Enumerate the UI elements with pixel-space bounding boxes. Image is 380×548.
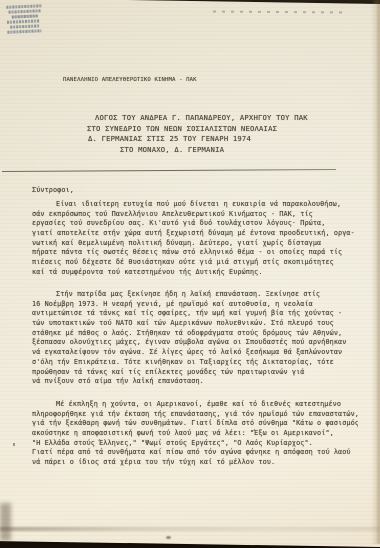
text-line: νά πάρει ο ίδιος στά χέρια του τήν τύχη …	[32, 458, 358, 468]
text-line: νά εγκαταλείψουν τόν αγώνα. Σέ λίγες ώρε…	[32, 348, 358, 358]
text-line: Μέ έκπληξη η χούντα, οι Αμερικανοί, έμαθ…	[32, 400, 358, 410]
ink-speck	[166, 536, 171, 539]
text-line: γιά τήν ξεκάθαρη φωνή τών συνθημάτων. Γι…	[32, 419, 358, 429]
text-line: πιέσεις πού δέχεστε δέ θυσιάστηκαν ούτε …	[32, 258, 358, 268]
body-text: Είναι ιδιαίτερη ευτυχία πού μού δίνεται …	[32, 0, 358, 548]
text-line: νωτική καί θεμελιωμένη πολιτική δύναμη. …	[32, 239, 358, 249]
text-line: ξέσπασαν ολονύχτιες μάχες, έγιναν σύμβολ…	[32, 338, 358, 348]
text-line: σ'όλη τήν Επικράτεια. Τότε κινήθηκαν οι …	[32, 358, 358, 368]
text-line: αντιμετώπισε τά τάνκς καί τίς σφαίρες, τ…	[32, 309, 358, 319]
page-edge-shadow	[371, 0, 380, 544]
ink-speck	[13, 443, 15, 446]
paragraph: Είναι ιδιαίτερη ευτυχία πού μού δίνεται …	[32, 200, 358, 278]
text-line: καί τά συμφέροντα τού κατεστημένου τής Δ…	[32, 268, 358, 278]
corner-smudge	[0, 503, 11, 541]
text-line: Γιατί πέρα από τά συνθήματα καί πίσω από…	[32, 448, 358, 458]
bottom-crease	[0, 527, 380, 531]
paragraph: Στήν πατρίδα μας ξεκίνησε ήδη η λαϊκή επ…	[32, 290, 358, 387]
text-line: ακούστηκε η αποφασιστική φωνή τού λαού μ…	[32, 429, 358, 439]
text-line: Είναι ιδιαίτερη ευτυχία πού μού δίνεται …	[32, 200, 358, 210]
text-line: Στήν πατρίδα μας ξεκίνησε ήδη η λαϊκή επ…	[32, 290, 358, 300]
text-line: νά πνίξουν στό αίμα τήν λαϊκή επανάσταση…	[32, 377, 358, 387]
text-line: τών υποτακτικών τού ΝΑΤΟ καί τών Αμερικά…	[32, 319, 358, 329]
text-line: εργασίες τού συνεδρίου σας. Κι'αυτό γιά …	[32, 219, 358, 229]
text-line: 16 Νοέμβρη 1973. Η νεαρή γενιά, μέ ηρωϊσ…	[32, 300, 358, 310]
text-line: γιατί αποτελείτε στήν χώρα αυτή ξεχωριστ…	[32, 229, 358, 239]
scanned-document-page: ΠΑΝΕΛΛΗΝΙΟ ΑΠΕΛΕΥΘΕΡΩΤΙΚΟ ΚΙΝΗΜΑ - ΠΑΚ Λ…	[0, 0, 380, 548]
text-line: στάθηκε μέ πάθος ο λαός. Στήθηκαν τά οδο…	[32, 329, 358, 339]
text-line: πληροφορήθηκε γιά τήν έκταση τής επανάστ…	[32, 410, 358, 420]
text-line: σάν εκπρόσωπος τού Πανελλήνιου Απελευθερ…	[32, 210, 358, 220]
paragraph: Μέ έκπληξη η χούντα, οι Αμερικανοί, έμαθ…	[32, 400, 358, 468]
text-line: πήρατε πάντα τίς σωστές θέσεις πάνω στό …	[32, 248, 358, 258]
text-line: "Η Ελλάδα στούς Έλληνες," "Ψωμί στούς Ερ…	[32, 439, 358, 449]
text-line: προώθησαν τά τάνκς καί τίς επίλεκτες μον…	[32, 368, 358, 378]
